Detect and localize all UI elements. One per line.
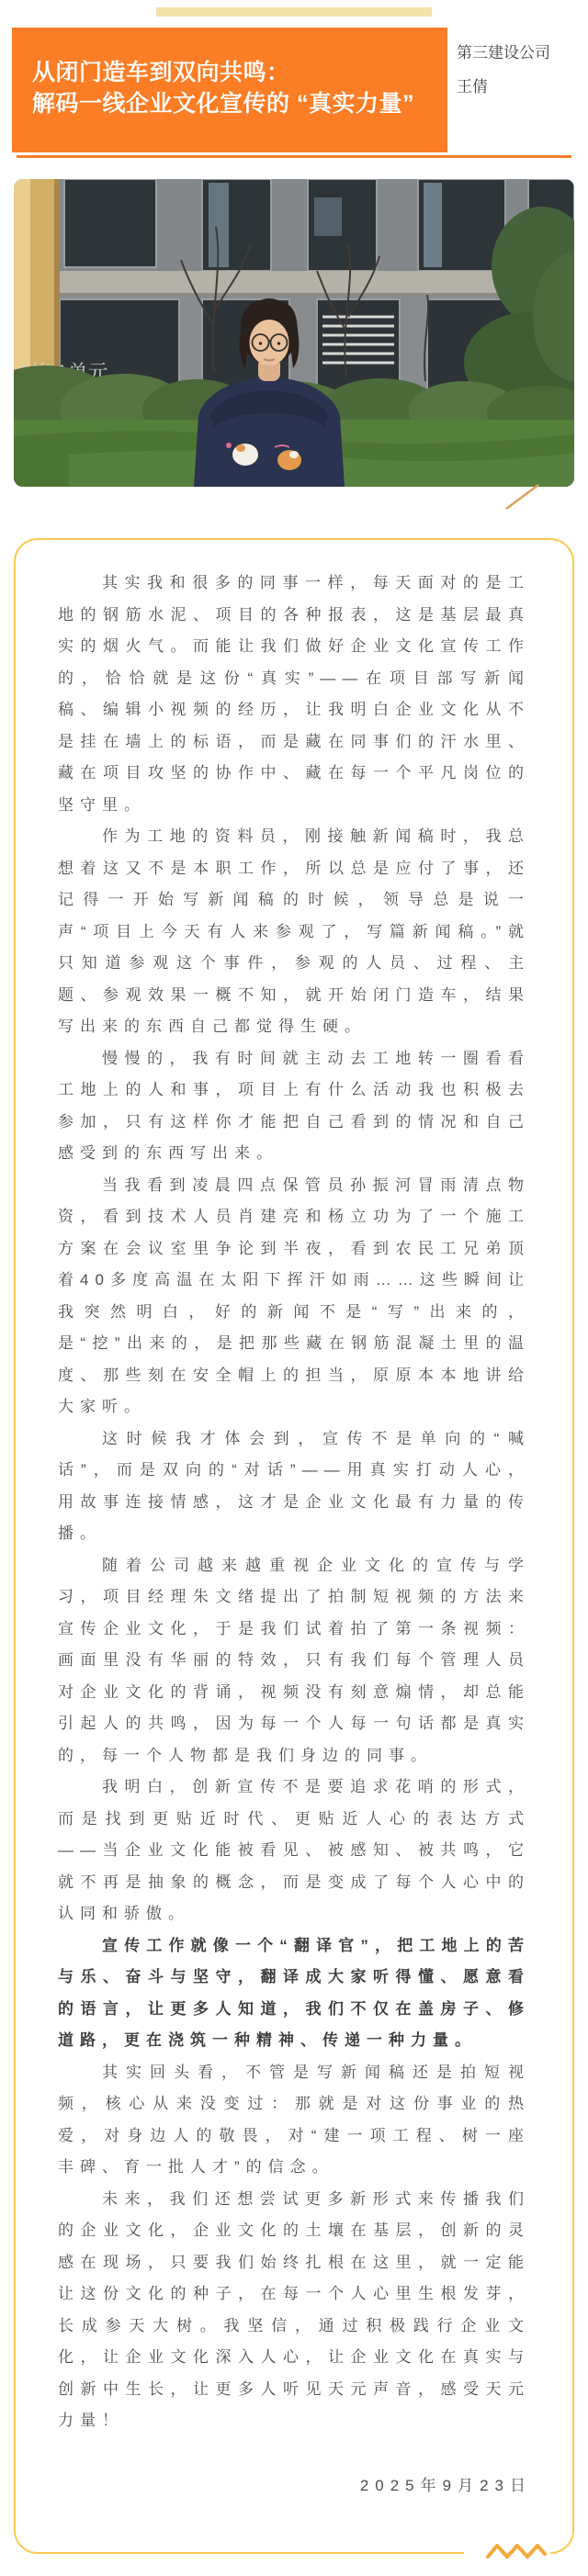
article-paragraph: 其实我和很多的同事一样，每天面对的是工地的钢筋水泥、项目的各种报表，这是基层最真… xyxy=(58,568,530,821)
article-paragraph: 慢慢的，我有时间就主动去工地转一圈看看工地上的人和事，项目上有什么活动我也积极去… xyxy=(58,1043,530,1170)
article-paragraph: 随着公司越来越重视企业文化的宣传与学习，项目经理朱文绪提出了拍制短视频的方法来宣… xyxy=(58,1550,530,1772)
byline: 第三建设公司 王倩 xyxy=(457,44,585,96)
article-title-line1: 从闭门造车到双向共鸣： xyxy=(32,57,447,88)
top-accent-bar xyxy=(156,7,432,17)
article-body-card: 其实我和很多的同事一样，每天面对的是工地的钢筋水泥、项目的各种报表，这是基层最真… xyxy=(14,538,574,2554)
slash-decoration-icon xyxy=(502,481,542,512)
article-paragraph-emphasis: 宣传工作就像一个“翻译官”，把工地上的苦与乐、奋斗与坚守，翻译成大家听得懂、愿意… xyxy=(58,1930,530,2057)
zigzag-decoration-icon xyxy=(486,2540,547,2562)
byline-company: 第三建设公司 xyxy=(457,44,585,62)
article-title-line2: 解码一线企业文化宣传的 “真实力量” xyxy=(32,88,447,119)
article-paragraph: 我明白，创新宣传不是要追求花哨的形式，而是找到更贴近时代、更贴近人心的表达方式—… xyxy=(58,1772,530,1930)
article-paragraph: 这时候我才体会到，宣传不是单向的“喊话”，而是双向的“对话”——用真实打动人心，… xyxy=(58,1423,530,1550)
article-title-block: 从闭门造车到双向共鸣： 解码一线企业文化宣传的 “真实力量” xyxy=(12,28,447,152)
article-date: 2025年9月23日 xyxy=(360,2472,532,2495)
article-photo-illustration: 8栋 1单元 xyxy=(14,179,574,487)
article-paragraph: 未来，我们还想尝试更多新形式来传播我们的企业文化，企业文化的土壤在基层，创新的灵… xyxy=(58,2184,530,2437)
article-paragraph: 作为工地的资料员，刚接触新闻稿时，我总想着这又不是本职工作，所以总是应付了事，还… xyxy=(58,821,530,1043)
article-photo: 8栋 1单元 xyxy=(14,179,574,487)
header-underline xyxy=(17,155,571,158)
byline-author: 王倩 xyxy=(457,78,585,96)
article-paragraph: 其实回头看，不管是写新闻稿还是拍短视频，核心从来没变过：那就是对这份事业的热爱，… xyxy=(58,2057,530,2184)
article-paragraph: 当我看到凌晨四点保管员孙振河冒雨清点物资，看到技术人员肖建亮和杨立功为了一个施工… xyxy=(58,1170,530,1423)
